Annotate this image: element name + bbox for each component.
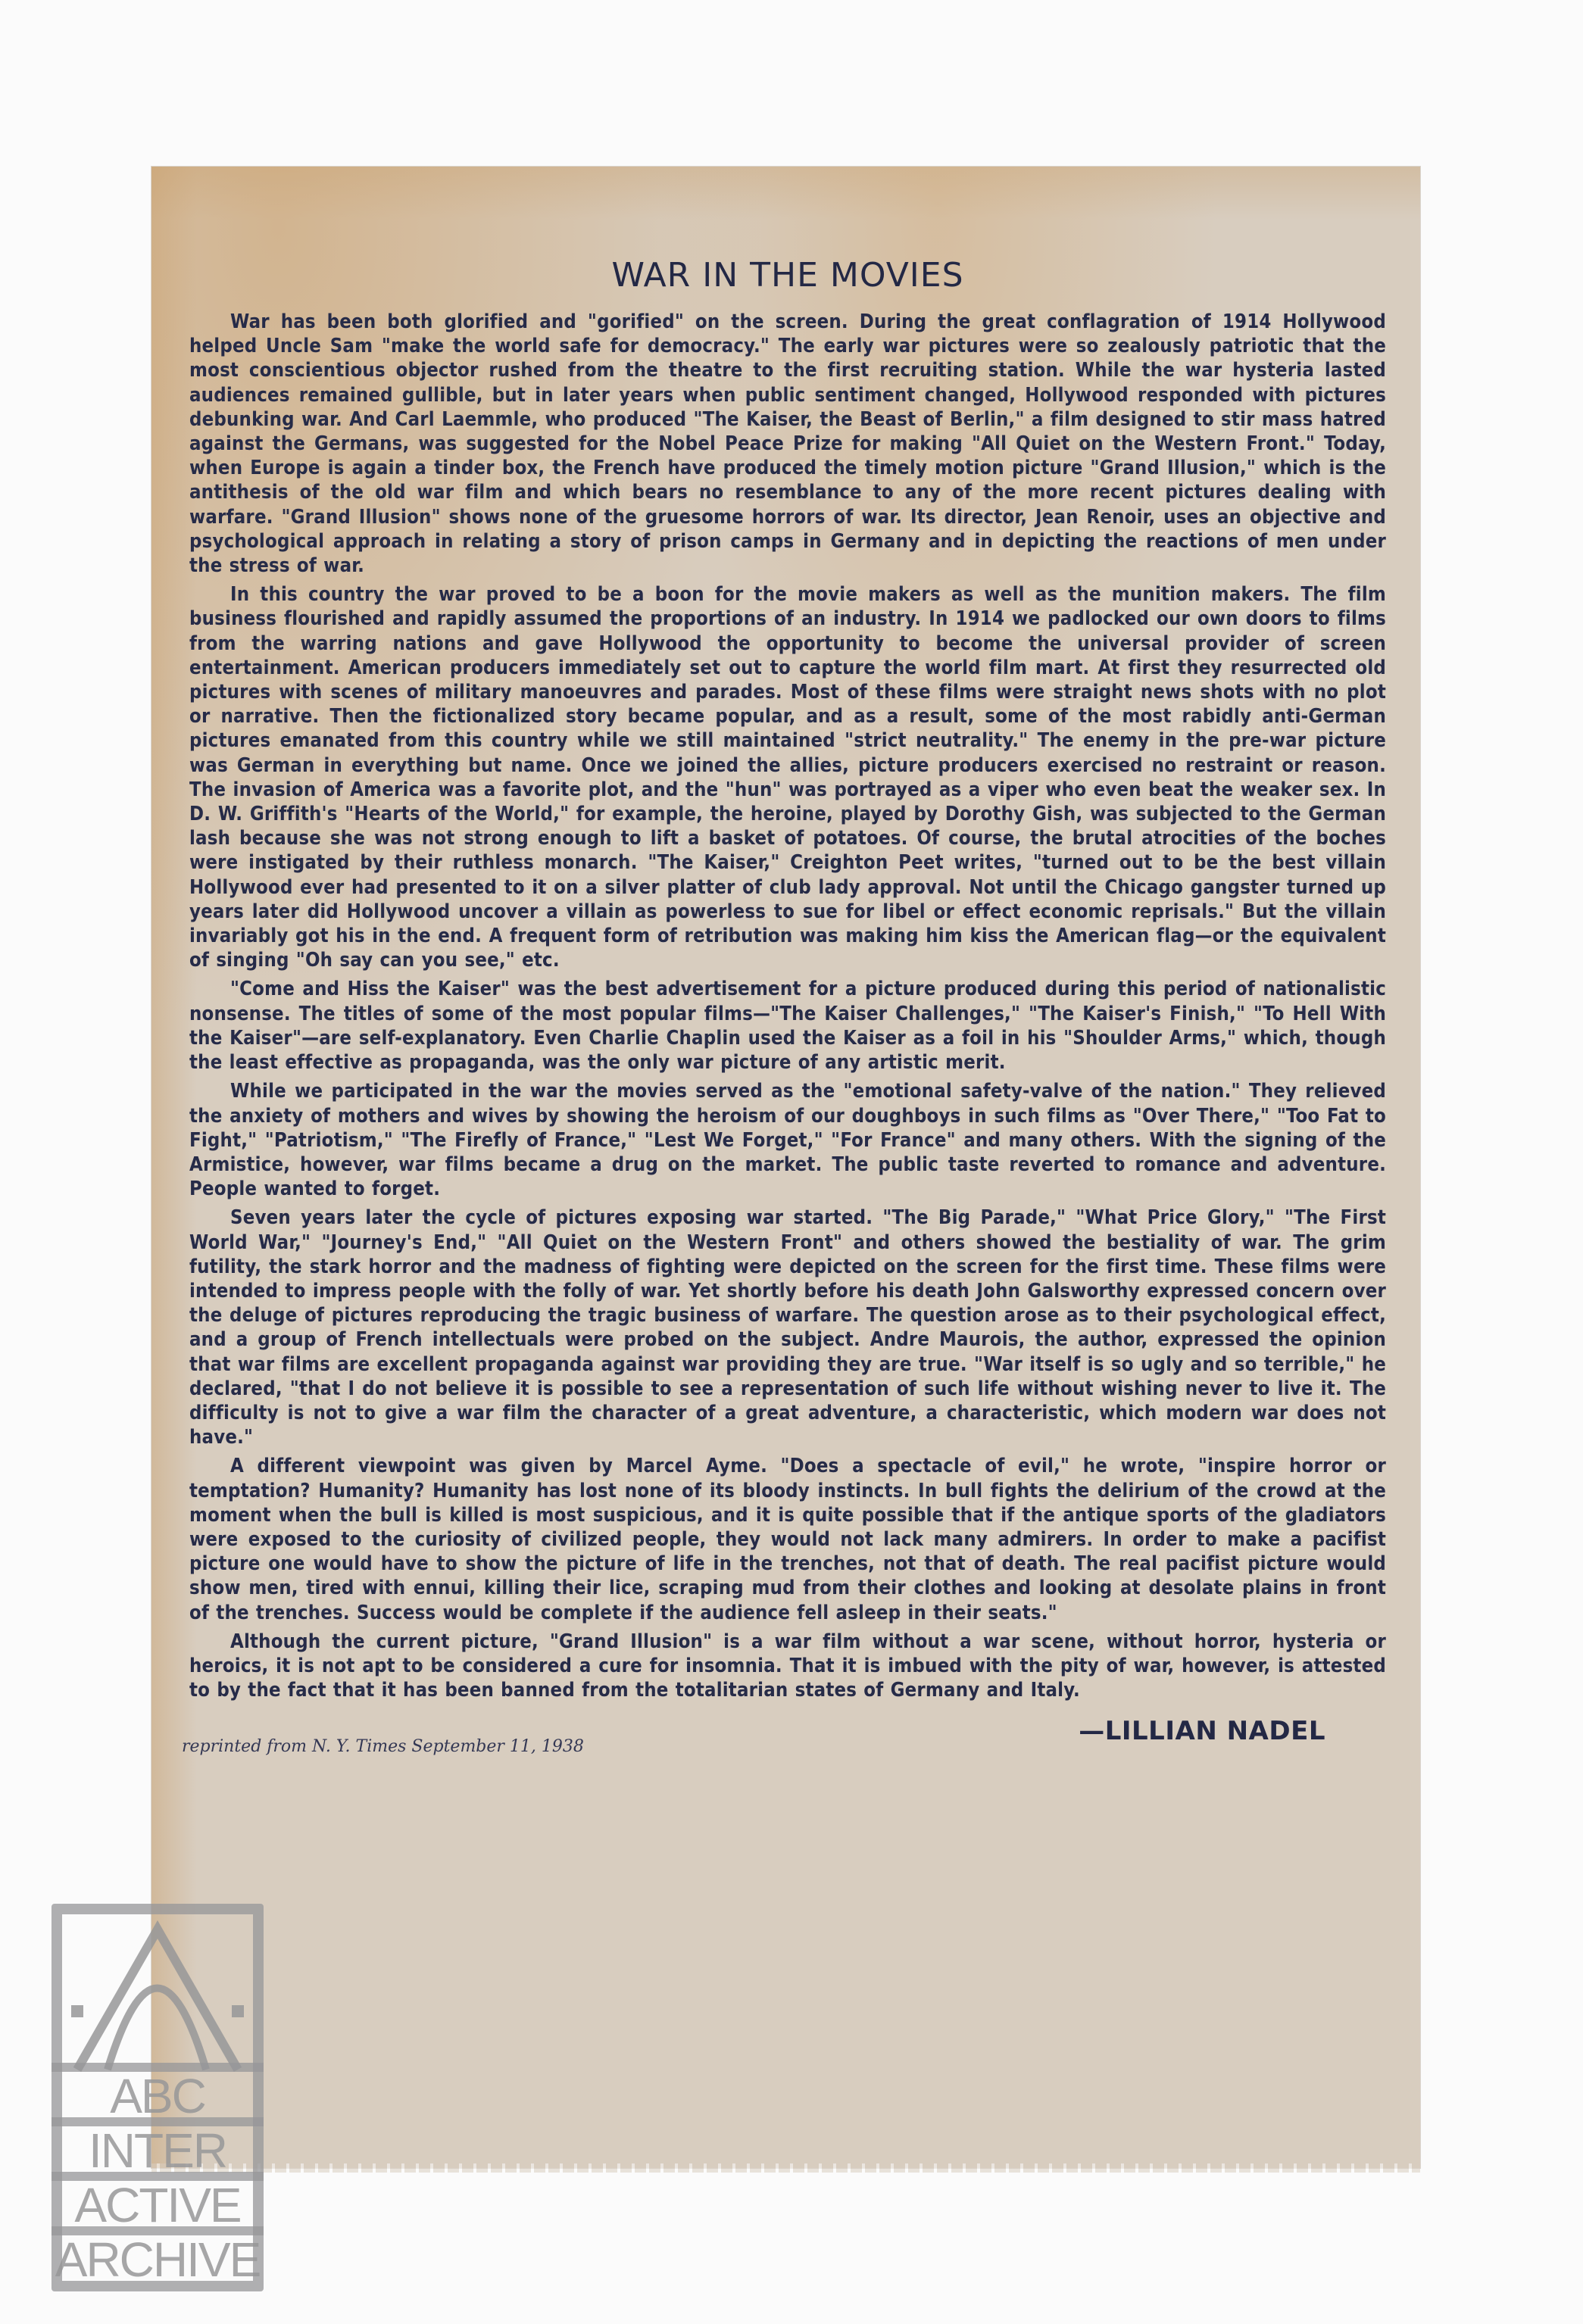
author-byline: —LILLIAN NADEL (1079, 1716, 1325, 1746)
watermark-line: ACTIVE (52, 2172, 264, 2229)
reprint-credit: reprinted from N. Y. Times September 11,… (182, 1737, 584, 1756)
arch-icon (62, 1914, 253, 2073)
paragraph: A different viewpoint was given by Marce… (189, 1454, 1386, 1624)
paragraph: Although the current picture, "Grand Ill… (189, 1630, 1386, 1703)
watermark-line: ABC (52, 2063, 264, 2120)
article: WAR IN THE MOVIES War has been both glor… (189, 256, 1386, 1775)
paragraph: Seven years later the cycle of pictures … (189, 1206, 1386, 1449)
paragraph: In this country the war proved to be a b… (189, 582, 1386, 972)
paragraph: While we participated in the war the mov… (189, 1079, 1386, 1201)
article-footer: reprinted from N. Y. Times September 11,… (189, 1707, 1386, 1775)
paragraph: "Come and Hiss the Kaiser" was the best … (189, 977, 1386, 1075)
article-title: WAR IN THE MOVIES (189, 256, 1386, 295)
abc-archive-watermark-logo: ABC INTER ACTIVE ARCHIVE (52, 1904, 264, 2291)
watermark-line: ARCHIVE (52, 2226, 264, 2284)
paragraph: War has been both glorified and "gorifie… (189, 310, 1386, 578)
watermark-line: INTER (52, 2117, 264, 2175)
